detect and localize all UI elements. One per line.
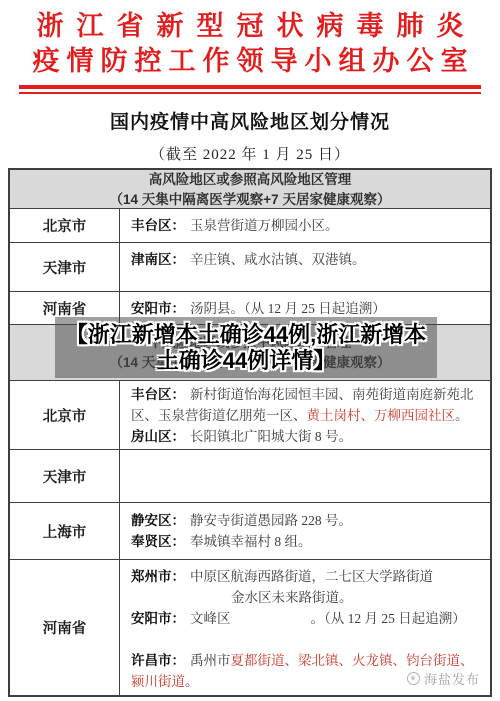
district-label: 房山区：	[131, 429, 185, 444]
province-cell: 北京市	[10, 381, 120, 449]
area-text: 汤阴县。（从 12 月 25 日起追溯）	[190, 301, 386, 316]
headline-line1: 【浙江新增本土确诊44例,浙江新增本	[66, 322, 427, 348]
area-text: 长阳镇北广阳城大街 8 号。	[190, 429, 352, 444]
province-name: 天津市	[43, 257, 87, 278]
province-name: 天津市	[43, 466, 87, 487]
area-text: 静安寺街道愚园路 228 号。	[190, 513, 352, 528]
area-text: 。（从 12 月 25 日起追溯）	[311, 611, 466, 626]
area-text: 辛庄镇、咸水沽镇、双港镇。	[190, 252, 366, 267]
province-name: 上海市	[43, 521, 87, 542]
detail-line: 郑州市：中原区航海西路街道，二七区大学路街道	[131, 566, 486, 587]
risk-section-header-line: 高风险地区或参照高风险地区管理	[149, 171, 352, 188]
table-row: 北京市丰台区：玉泉营街道万柳园小区。	[10, 208, 490, 242]
haiyan-logo-icon	[407, 672, 420, 685]
detail-line: 丰台区：玉泉营街道万柳园小区。	[131, 215, 486, 236]
province-cell: 上海市	[10, 503, 120, 559]
detail-line: 津南区：辛庄镇、咸水沽镇、双港镇。	[131, 249, 486, 270]
letterhead-line1: 浙江省新型冠状病毒肺炎	[0, 9, 500, 44]
table-row: 北京市丰台区：新村街道怡海花园恒丰园、南苑街道南庭新苑北区、玉泉营街道亿朋苑一区…	[10, 380, 490, 449]
area-text: 禹州市	[190, 653, 231, 668]
area-details-cell: 丰台区：新村街道怡海花园恒丰园、南苑街道南庭新苑北区、玉泉营街道亿朋苑一区、黄土…	[120, 381, 490, 449]
detail-line: 安阳市：汤阴县。（从 12 月 25 日起追溯）	[131, 298, 486, 319]
district-label: 郑州市：	[131, 569, 185, 584]
province-name: 北京市	[43, 405, 87, 426]
watermark: 海盐发布	[407, 669, 480, 688]
area-text: 奉城镇幸福村 8 组。	[190, 534, 312, 549]
area-details-cell: 静安区：静安寺街道愚园路 228 号。奉贤区：奉城镇幸福村 8 组。	[120, 503, 490, 559]
area-text: 中原区航海西路街道，二七区大学路街道	[190, 569, 433, 584]
detail-line: 许昌市：禹州市夏都街道、梁北镇、火龙镇、钧台街道、	[131, 650, 486, 671]
letterhead-line2: 疫情防控工作领导小组办公室	[0, 44, 500, 78]
area-details-cell: 津南区：辛庄镇、咸水沽镇、双港镇。	[120, 243, 490, 291]
area-text: 。	[185, 674, 199, 689]
detail-line: 区、玉泉营街道亿朋苑一区、黄土岗村、万柳西园社区。	[131, 405, 486, 426]
district-label: 丰台区：	[131, 218, 185, 233]
highlighted-area-text: 黄土岗村、万柳西园社区	[307, 408, 456, 423]
red-rule-divider	[19, 85, 481, 94]
risk-section-header-line: （14 天集中隔离医学观察+7 天居家健康观察）	[110, 191, 391, 208]
watermark-label: 海盐发布	[424, 669, 480, 688]
district-label: 津南区：	[131, 252, 185, 267]
detail-line: 安阳市：文峰区。（从 12 月 25 日起追溯）	[131, 608, 486, 629]
district-label: 静安区：	[131, 513, 185, 528]
detail-line: 金水区未来路街道。	[131, 587, 486, 608]
area-details-cell	[120, 450, 490, 502]
province-cell: 天津市	[10, 243, 120, 291]
district-label: 许昌市：	[131, 653, 185, 668]
area-text: 文峰区	[190, 611, 231, 626]
province-cell: 河南省	[10, 560, 120, 695]
area-text: 新村街道怡海花园恒丰园、南苑街道南庭新苑北	[190, 387, 474, 402]
area-text: 区、玉泉营街道亿朋苑一区、	[131, 408, 307, 423]
table-row: 天津市津南区：辛庄镇、咸水沽镇、双港镇。	[10, 242, 490, 291]
area-text: 金水区未来路街道。	[231, 590, 353, 605]
highlighted-area-text: 夏都街道、梁北镇、火龙镇、钧台街道、	[231, 653, 474, 668]
area-text: 玉泉营街道万柳园小区。	[190, 218, 339, 233]
letterhead: 浙江省新型冠状病毒肺炎 疫情防控工作领导小组办公室	[0, 0, 500, 94]
district-label: 安阳市：	[131, 611, 185, 626]
table-row: 天津市	[10, 449, 490, 502]
announcement-page: 浙江省新型冠状病毒肺炎 疫情防控工作领导小组办公室 国内疫情中高风险地区划分情况…	[0, 0, 500, 701]
headline-line2: 土确诊44例详情】	[157, 348, 335, 374]
table-row: 上海市静安区：静安寺街道愚园路 228 号。奉贤区：奉城镇幸福村 8 组。	[10, 502, 490, 559]
province-name: 河南省	[43, 298, 87, 319]
highlighted-area-text: 颍川街道	[131, 674, 185, 689]
district-label: 奉贤区：	[131, 534, 185, 549]
risk-section-header: 高风险地区或参照高风险地区管理（14 天集中隔离医学观察+7 天居家健康观察）	[10, 170, 490, 208]
page-title: 国内疫情中高风险地区划分情况	[0, 107, 500, 134]
detail-line	[131, 629, 486, 650]
headline-overlay: 【浙江新增本土确诊44例,浙江新增本 土确诊44例详情】	[55, 317, 437, 378]
detail-line: 丰台区：新村街道怡海花园恒丰园、南苑街道南庭新苑北	[131, 384, 486, 405]
province-cell: 天津市	[10, 450, 120, 502]
province-name: 北京市	[43, 215, 87, 236]
area-text: 。	[455, 408, 469, 423]
as-of-date: （截至 2022 年 1 月 25 日）	[0, 143, 500, 164]
area-details-cell: 丰台区：玉泉营街道万柳园小区。	[120, 209, 490, 242]
detail-line: 静安区：静安寺街道愚园路 228 号。	[131, 510, 486, 531]
province-name: 河南省	[43, 617, 87, 638]
district-label: 安阳市：	[131, 301, 185, 316]
district-label: 丰台区：	[131, 387, 185, 402]
province-cell: 北京市	[10, 209, 120, 242]
risk-area-table: 高风险地区或参照高风险地区管理（14 天集中隔离医学观察+7 天居家健康观察）北…	[8, 168, 492, 697]
detail-line: 房山区：长阳镇北广阳城大街 8 号。	[131, 426, 486, 447]
detail-line: 奉贤区：奉城镇幸福村 8 组。	[131, 531, 486, 552]
